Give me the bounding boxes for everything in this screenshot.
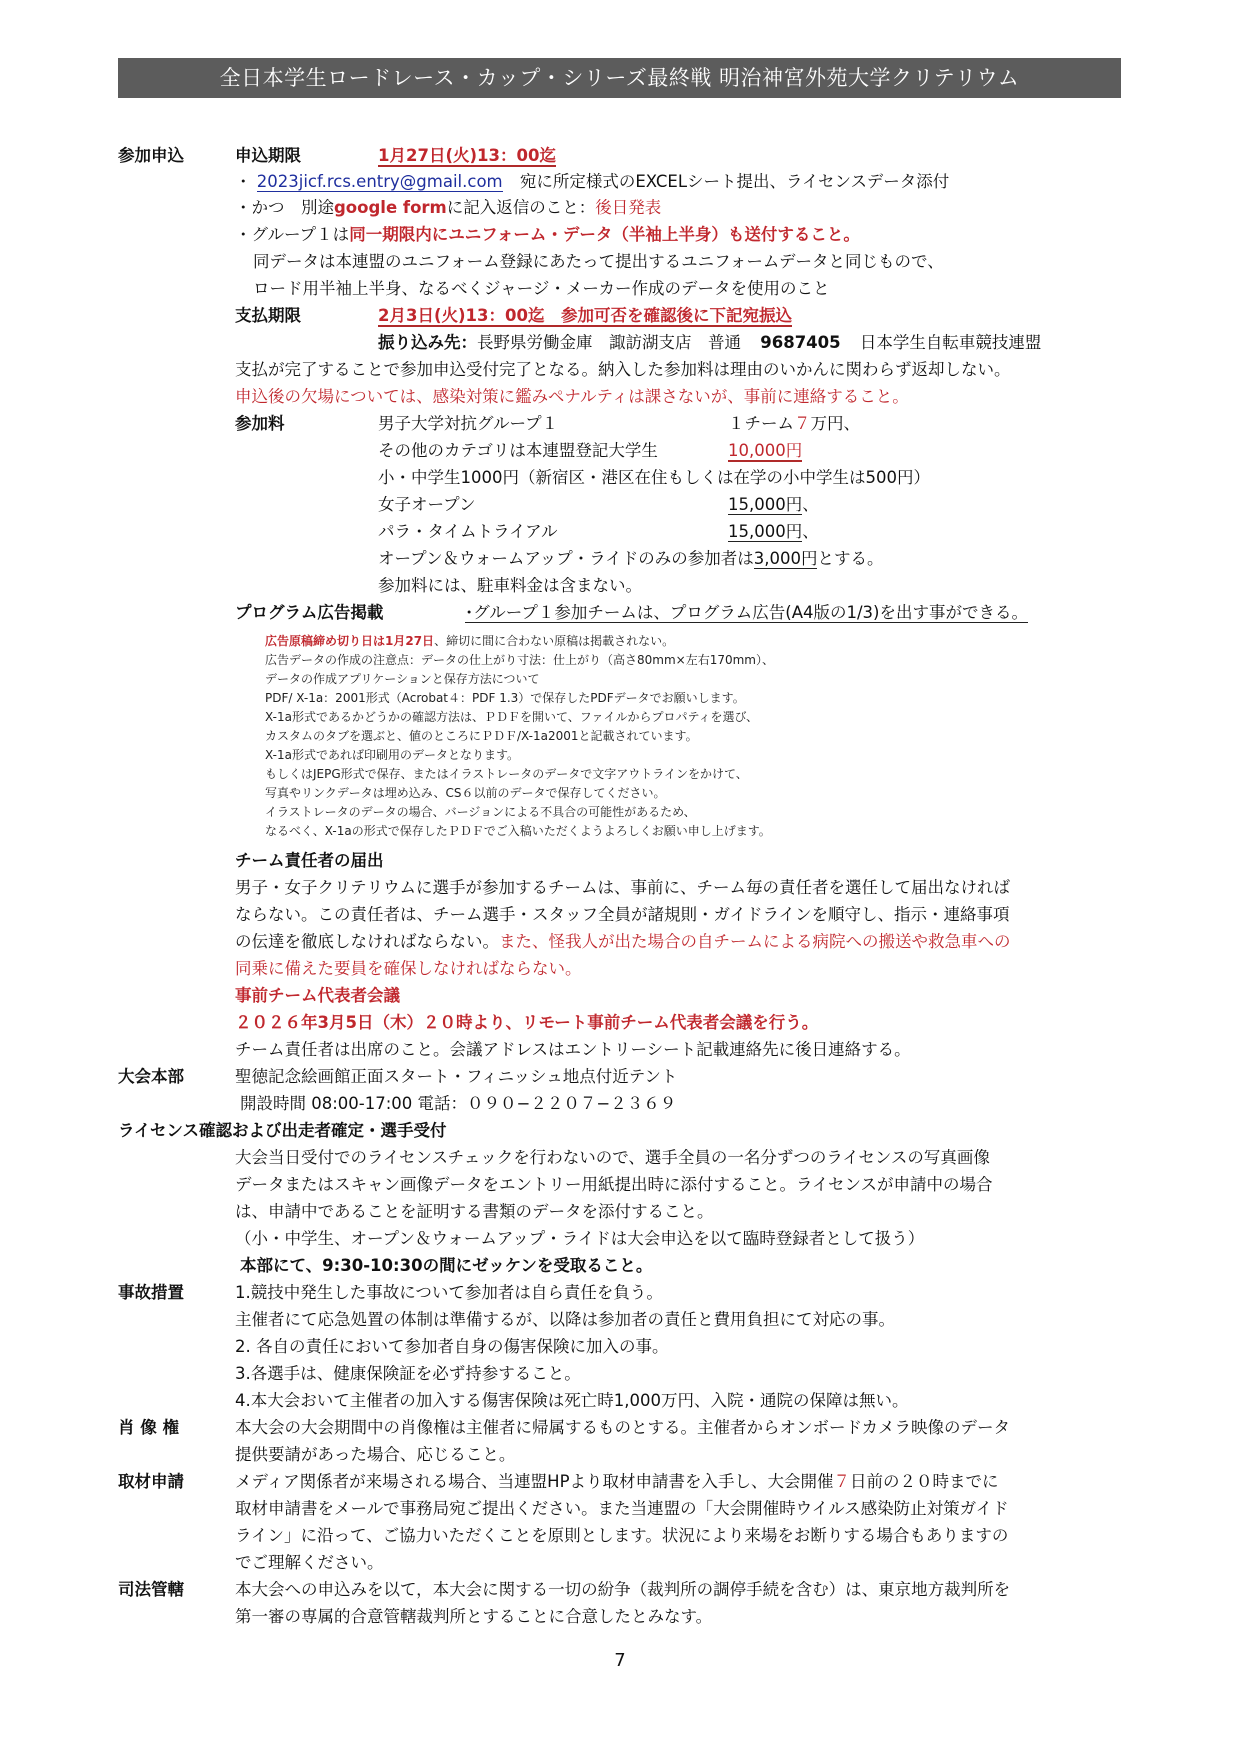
accident-line: 1.競技中発生した事故について参加者は自ら責任を負う。 xyxy=(235,1280,663,1306)
fee-row-group1: 男子大学対抗グループ１ xyxy=(378,411,558,437)
hq-label: 大会本部 xyxy=(118,1064,184,1090)
fee-row-open: オープン＆ウォームアップ・ライドのみの参加者は3,000円とする。 xyxy=(378,546,883,572)
fees-label: 参加料 xyxy=(235,411,285,437)
accident-line: 4.本大会おいて主催者の加入する傷害保険は死亡時1,000万円、入院・通院の保障… xyxy=(235,1388,908,1414)
ad-deadline-note: 広告原稿締め切り日は1月27日、締切に間に合わない原稿は掲載されない。 xyxy=(265,632,674,651)
portrait-line: 提供要請があった場合、応じること。 xyxy=(235,1442,515,1468)
ad-note: なるべく、X-1aの形式で保存したＰＤＦでご入稿いただくようよろしくお願い申し上… xyxy=(265,822,771,841)
bib-pickup-note: 本部にて、9:30-10:30の間にゼッケンを受取ること。 xyxy=(240,1253,652,1279)
ad-note: カスタムのタブを選ぶと、値のところにＰＤＦ/X-1a2001と記載されています。 xyxy=(265,727,698,746)
ad-note: データの作成アプリケーションと保存方法について xyxy=(265,670,540,689)
accident-line: 3.各選手は、健康保険証を必ず持参すること。 xyxy=(235,1361,581,1387)
email-link[interactable]: 2023jicf.rcs.entry@gmail.com xyxy=(257,172,503,192)
team-manager-title: チーム責任者の届出 xyxy=(235,848,384,874)
fee-price-women: 15,000円、 xyxy=(728,492,819,518)
license-line: データまたはスキャン画像データをエントリー用紙提出時に添付すること。ライセンスが… xyxy=(235,1172,993,1198)
ad-note: 写真やリンクデータは埋め込み、CS６以前のデータで保存してください。 xyxy=(265,784,665,803)
fee-row-children: 小・中学生1000円（新宿区・港区在住もしくは在学の小中学生は500円） xyxy=(378,465,930,491)
team-manager-line: 同乗に備えた要員を確保しなければならない。 xyxy=(235,956,582,982)
license-title: ライセンス確認および出走者確定・選手受付 xyxy=(118,1118,447,1144)
accident-line: 2. 各自の責任において参加者自身の傷害保険に加入の事。 xyxy=(235,1334,669,1360)
fee-price-other: 10,000円 xyxy=(728,438,802,464)
entry-line-google-form: ・かつ 別途google formに記入返信のこと：後日発表 xyxy=(235,195,661,221)
fee-price-para: 15,000円、 xyxy=(728,519,819,545)
ad-label: プログラム広告掲載 xyxy=(235,600,383,626)
license-line: は、申請中であることを証明する書類のデータを添付すること。 xyxy=(235,1199,714,1225)
press-line: 取材申請書をメールで事務局宛ご提出ください。また当連盟の「大会開催時ウイルス感染… xyxy=(235,1496,1009,1522)
portrait-label: 肖 像 権 xyxy=(118,1415,179,1441)
ad-note: 広告データの作成の注意点：データの仕上がり寸法：仕上がり（高さ80mm×左右17… xyxy=(265,651,774,670)
jurisdiction-line: 第一審の専属的合意管轄裁判所とすることに合意したとみなす。 xyxy=(235,1604,712,1630)
accident-line: 主催者にて応急処置の体制は準備するが、以降は参加者の責任と費用負担にて対応の事。 xyxy=(235,1307,895,1333)
meeting-title: 事前チーム代表者会議 xyxy=(235,983,400,1009)
jurisdiction-label: 司法管轄 xyxy=(118,1577,184,1603)
fee-row-para: パラ・タイムトライアル xyxy=(378,519,558,545)
payment-deadline-value: 2月3日(火)13：00迄 参加可否を確認後に下記宛振込 xyxy=(378,303,792,329)
header-title: 全日本学生ロードレース・カップ・シリーズ最終戦 明治神宮外苑大学クリテリウム xyxy=(220,66,1020,90)
section-label-entry: 参加申込 xyxy=(118,143,184,169)
ad-note: もしくはJEPG形式で保存、またはイラストレータのデータで文字アウトラインをかけ… xyxy=(265,765,748,784)
press-label: 取材申請 xyxy=(118,1469,184,1495)
team-manager-line: ならない。この責任者は、チーム選手・スタッフ全員が諸規則・ガイドラインを順守し、… xyxy=(235,902,1010,928)
ad-value: ･グループ１参加チームは、プログラム広告(A4版の1/3)を出す事ができる。 xyxy=(465,600,1028,626)
entry-deadline-value: 1月27日(火)13：00迄 xyxy=(378,143,556,169)
ad-note: X-1a形式であれば印刷用のデータとなります。 xyxy=(265,746,519,765)
jurisdiction-line: 本大会への申込みを以て，本大会に関する一切の紛争（裁判所の調停手続を含む）は、東… xyxy=(235,1577,1010,1603)
press-line: ライン」に沿って、ご協力いただくことを原則とします。状況により来場をお断りする場… xyxy=(235,1523,1008,1549)
team-manager-line: の伝達を徹底しなければならない。また、怪我人が出た場合の自チームによる病院への搬… xyxy=(235,929,1011,955)
entry-line-uniform: ・グループ１は同一期限内にユニフォーム・データ（半袖上半身）も送付すること。 xyxy=(235,222,860,248)
fee-row-other: その他のカテゴリは本連盟登記大学生 xyxy=(378,438,658,464)
page-number: 7 xyxy=(0,1650,1240,1671)
meeting-datetime: ２０２６年3月5日（木）２０時より、リモート事前チーム代表者会議を行う。 xyxy=(235,1010,818,1036)
entry-line-email: ・ 2023jicf.rcs.entry@gmail.com 宛に所定様式のEX… xyxy=(235,169,949,195)
transfer-info: 振り込み先：長野県労働金庫 諏訪湖支店 普通 9687405 日本学生自転車競技… xyxy=(378,330,1041,356)
entry-line-uniform-note: 同データは本連盟のユニフォーム登録にあたって提出するユニフォームデータと同じもの… xyxy=(253,249,944,275)
meeting-note: チーム責任者は出席のこと。会議アドレスはエントリーシート記載連絡先に後日連絡する… xyxy=(235,1037,911,1063)
document-header: 全日本学生ロードレース・カップ・シリーズ最終戦 明治神宮外苑大学クリテリウム xyxy=(118,58,1121,98)
ad-note: PDF/ X-1a：2001形式（Acrobat４：PDF 1.3）で保存したP… xyxy=(265,689,745,708)
fee-parking-note: 参加料には、駐車料金は含まない。 xyxy=(378,573,642,599)
payment-deadline-label: 支払期限 xyxy=(235,303,301,329)
team-manager-line: 男子・女子クリテリウムに選手が参加するチームは、事前に、チーム毎の責任者を選任し… xyxy=(235,875,1010,901)
press-line: でご理解ください。 xyxy=(235,1550,384,1576)
press-line: メディア関係者が来場される場合、当連盟HPより取材申請書を入手し、大会開催７日前… xyxy=(235,1469,999,1495)
license-line: 大会当日受付でのライセンスチェックを行わないので、選手全員の一名分ずつのライセン… xyxy=(235,1145,990,1171)
fee-price-group1: １チーム７万円、 xyxy=(728,411,860,437)
hq-location: 聖徳記念絵画館正面スタート・フィニッシュ地点付近テント xyxy=(235,1064,677,1090)
ad-note: X-1a形式であるかどうかの確認方法は、ＰＤＦを開いて、ファイルからプロパティを… xyxy=(265,708,758,727)
entry-deadline-label: 申込期限 xyxy=(235,143,301,169)
entry-line-uniform-note2: ロード用半袖上半身、なるべくジャージ・メーカー作成のデータを使用のこと xyxy=(253,276,830,302)
portrait-line: 本大会の大会期間中の肖像権は主催者に帰属するものとする。主催者からオンボードカメ… xyxy=(235,1415,1010,1441)
fee-row-women: 女子オープン xyxy=(378,492,476,518)
license-line: （小・中学生、オープン＆ウォームアップ・ライドは大会申込を以て臨時登録者として扱… xyxy=(235,1226,924,1252)
accident-label: 事故措置 xyxy=(118,1280,184,1306)
absence-note: 申込後の欠場については、感染対策に鑑みペナルティは課さないが、事前に連絡すること… xyxy=(235,384,909,410)
ad-note: イラストレータのデータの場合、バージョンによる不具合の可能性があるため、 xyxy=(265,803,696,822)
hq-hours-phone: 開設時間 08:00-17:00 電話：０９０−２２０７−２３６９ xyxy=(240,1091,676,1117)
payment-note: 支払が完了することで参加申込受付完了となる。納入した参加料は理由のいかんに関わら… xyxy=(235,357,1011,383)
